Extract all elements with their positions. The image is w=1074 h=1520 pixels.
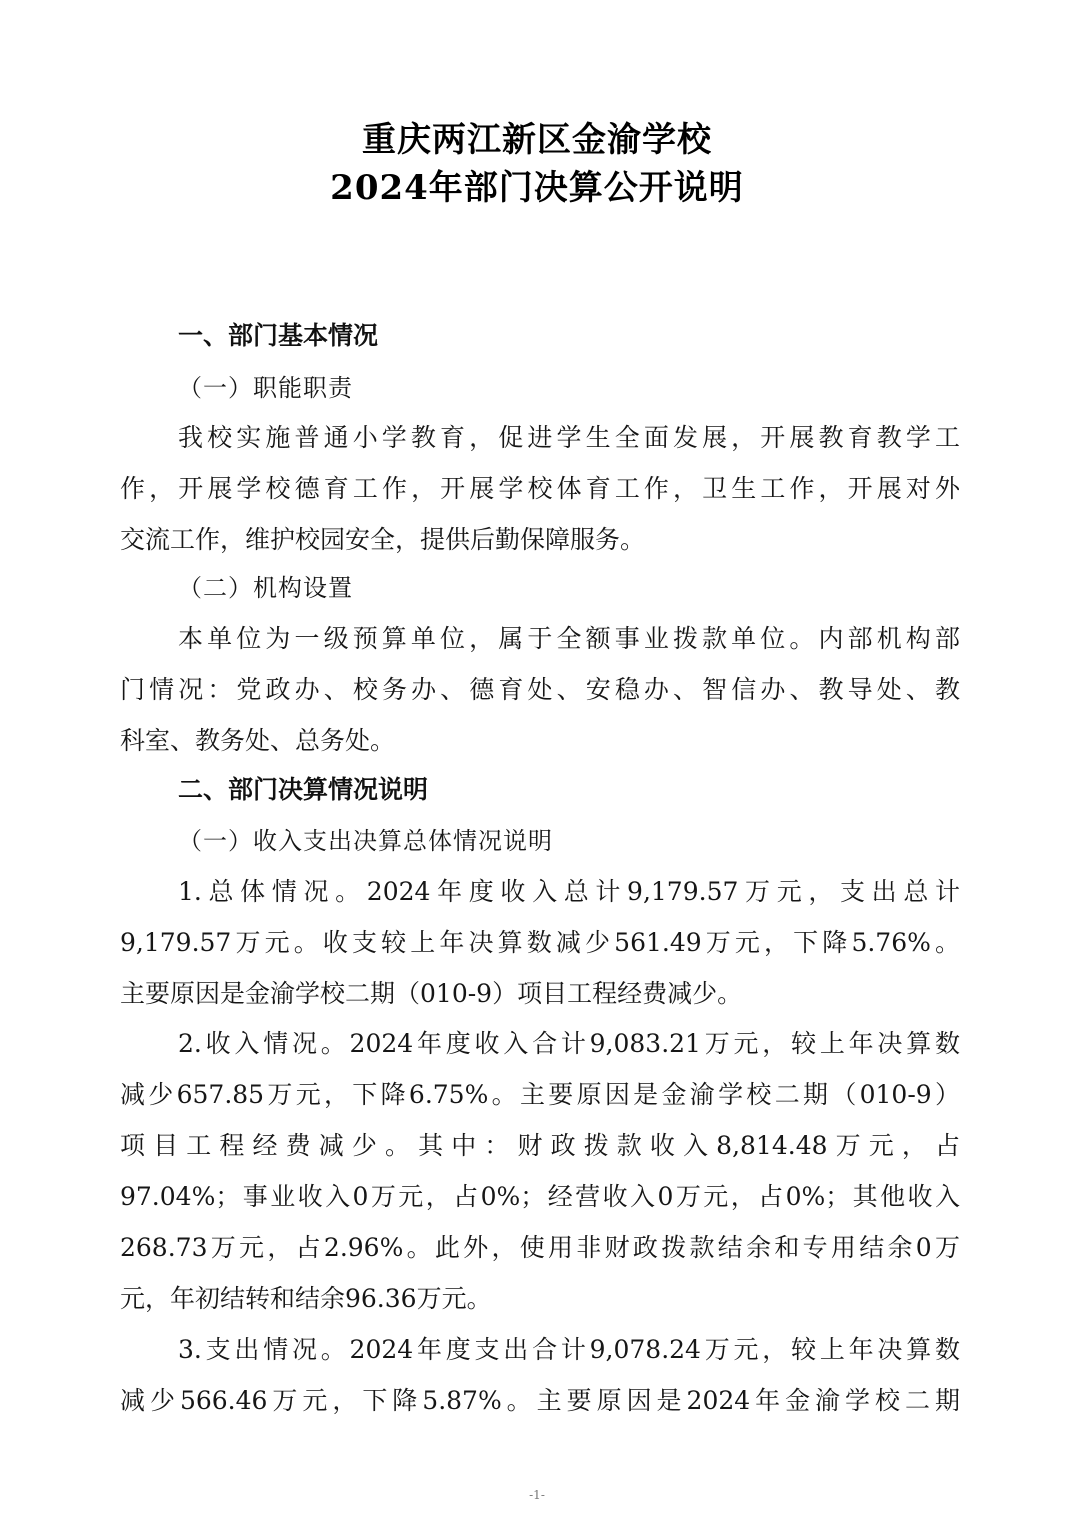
paragraph-line: 主要原因是金渝学校二期（010-9）项目工程经费减少。 <box>120 974 960 1014</box>
section-heading-basic-info: 一、部门基本情况 <box>178 316 378 356</box>
document-page: 重庆两江新区金渝学校 2024年部门决算公开说明 一、部门基本情况 （一）职能职… <box>0 0 1074 1520</box>
paragraph-line: 268.73万元，占2.96%。此外，使用非财政拨款结余和专用结余0万 <box>120 1228 960 1268</box>
subsection-heading-overall: （一）收入支出决算总体情况说明 <box>178 821 553 861</box>
paragraph-line: 门情况：党政办、校务办、德育处、安稳办、智信办、教导处、教 <box>120 670 960 710</box>
section-heading-final-accounts: 二、部门决算情况说明 <box>178 770 428 810</box>
paragraph-line: 交流工作，维护校园安全，提供后勤保障服务。 <box>120 520 960 560</box>
subsection-heading-organization: （二）机构设置 <box>178 568 353 608</box>
paragraph-line: 3.支出情况。2024年度支出合计9,078.24万元，较上年决算数 <box>120 1330 960 1370</box>
paragraph-line: 项目工程经费减少。其中：财政拨款收入8,814.48万元，占 <box>120 1126 960 1166</box>
paragraph-line: 减少657.85万元，下降6.75%。主要原因是金渝学校二期（010-9） <box>120 1075 960 1115</box>
paragraph-line: 2.收入情况。2024年度收入合计9,083.21万元，较上年决算数 <box>120 1024 960 1064</box>
page-number: -1- <box>0 1488 1074 1502</box>
paragraph-line: 1.总体情况。2024年度收入总计9,179.57万元，支出总计 <box>120 872 960 912</box>
paragraph-line: 科室、教务处、总务处。 <box>120 721 960 761</box>
paragraph-line: 9,179.57万元。收支较上年决算数减少561.49万元，下降5.76%。 <box>120 923 960 963</box>
paragraph-line: 本单位为一级预算单位，属于全额事业拨款单位。内部机构部 <box>120 619 960 659</box>
document-title-line2: 2024年部门决算公开说明 <box>0 160 1074 209</box>
paragraph-line: 我校实施普通小学教育，促进学生全面发展，开展教育教学工 <box>120 418 960 458</box>
paragraph-line: 作，开展学校德育工作，开展学校体育工作，卫生工作，开展对外 <box>120 469 960 509</box>
document-title-line1: 重庆两江新区金渝学校 <box>0 112 1074 161</box>
paragraph-line: 元，年初结转和结余96.36万元。 <box>120 1279 960 1319</box>
paragraph-line: 减少566.46万元，下降5.87%。主要原因是2024年金渝学校二期 <box>120 1381 960 1421</box>
paragraph-line: 97.04%；事业收入0万元，占0%；经营收入0万元，占0%；其他收入 <box>120 1177 960 1217</box>
subsection-heading-functions: （一）职能职责 <box>178 368 353 408</box>
